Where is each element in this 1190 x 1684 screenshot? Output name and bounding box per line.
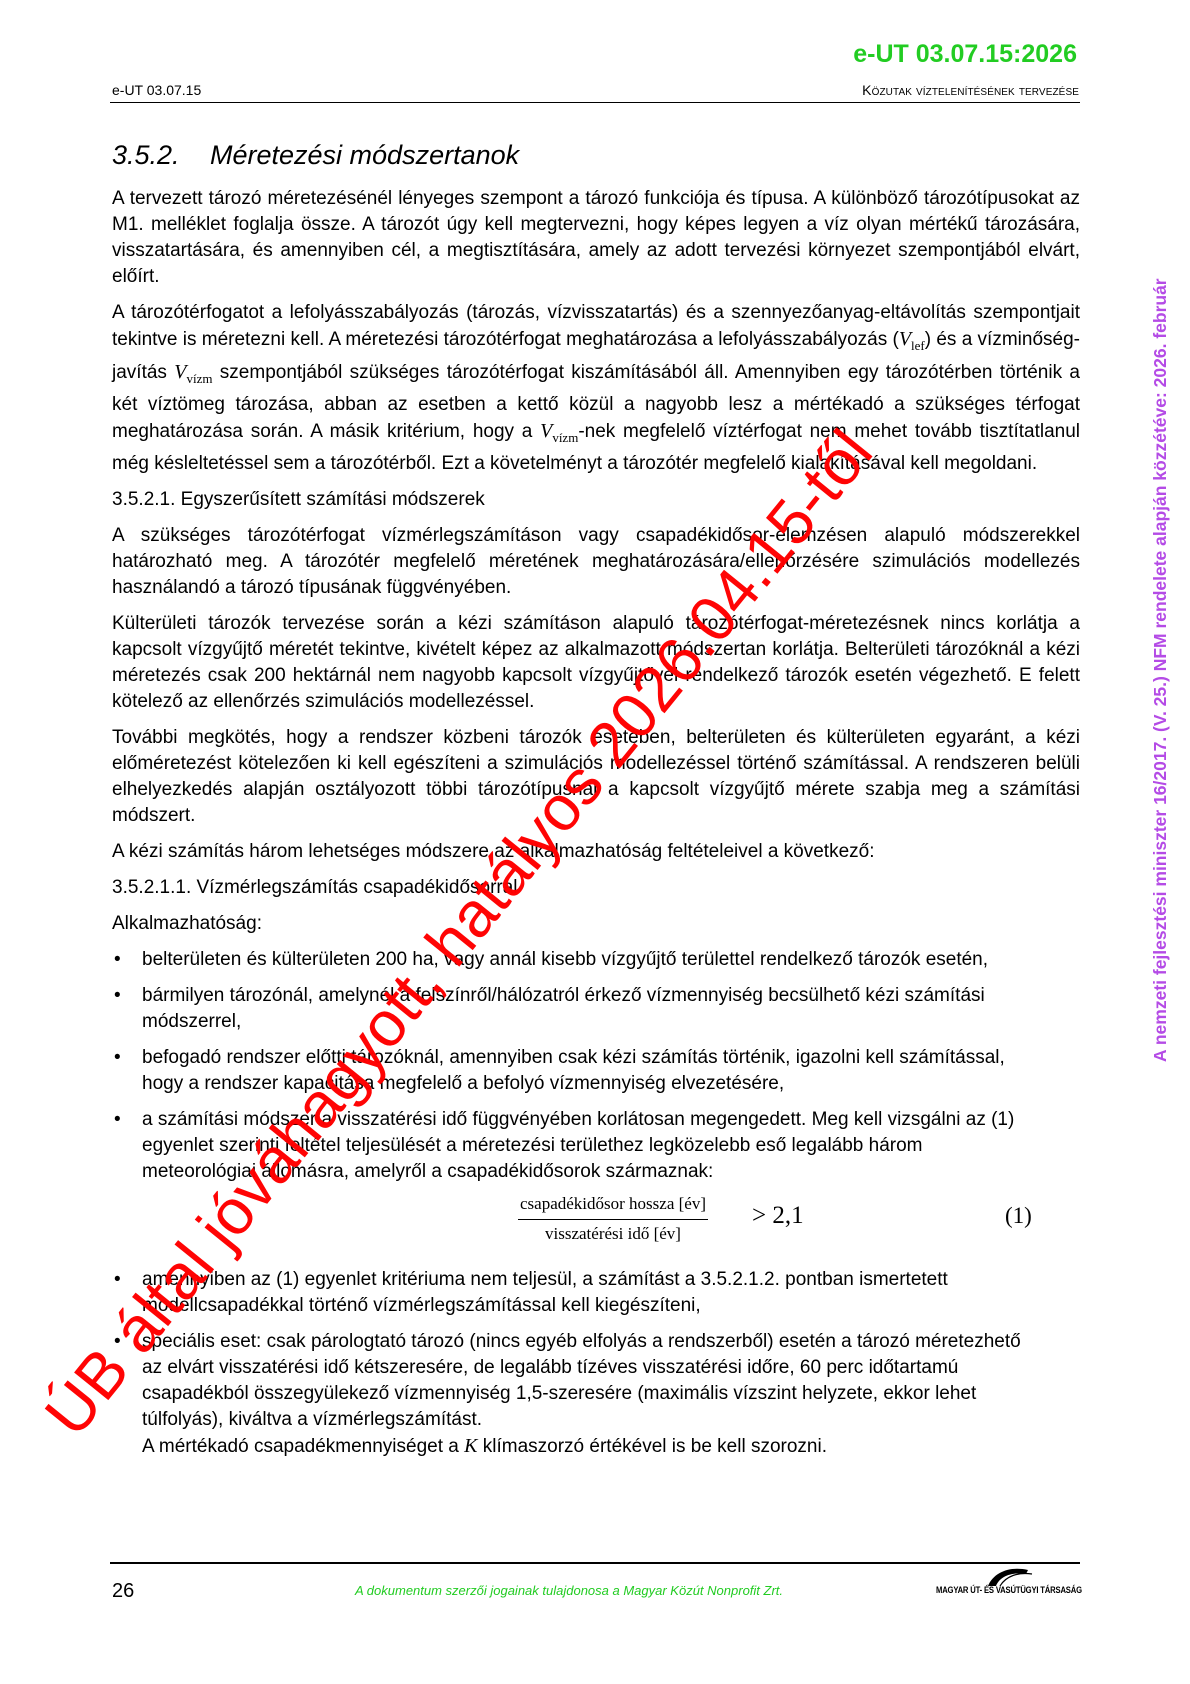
paragraph: A szükséges tározótérfogat vízmérlegszám… <box>112 523 1080 601</box>
equation-denominator: visszatérési idő [év] <box>518 1220 708 1247</box>
copyright-notice: A dokumentum szerzői jogainak tulajdonos… <box>355 1583 783 1598</box>
list-item: •bármilyen tározónál, amelynél a felszín… <box>112 983 1022 1035</box>
paragraph: A kézi számítás három lehetséges módszer… <box>112 839 1080 865</box>
logo-text: MAGYAR ÚT- ÉS VASÚTÜGYI TÁRSASÁG <box>936 1585 1082 1595</box>
variable-v-vizm: Vvízm <box>540 420 578 442</box>
equation-number: (1) <box>1005 1203 1032 1229</box>
list-item: •amennyiben az (1) egyenlet kritériuma n… <box>112 1267 1022 1319</box>
paragraph: A tervezett tározó méretezésénél lényege… <box>112 186 1080 290</box>
document-code-badge: e-UT 03.07.15:2026 <box>853 40 1077 69</box>
bullet-icon: • <box>114 1107 121 1133</box>
paragraph: Külterületi tározók tervezése során a ké… <box>112 611 1080 715</box>
variable-k: K <box>464 1435 477 1457</box>
equation-fraction: csapadékidősor hossza [év] visszatérési … <box>518 1191 708 1247</box>
running-header-code: e-UT 03.07.15 <box>112 82 201 98</box>
paragraph: További megkötés, hogy a rendszer közben… <box>112 725 1080 829</box>
bullet-icon: • <box>114 983 121 1009</box>
publication-note: A nemzeti fejlesztési miniszter 16/2017.… <box>1150 278 1171 1062</box>
applicability-list-continued: •amennyiben az (1) egyenlet kritériuma n… <box>112 1267 1080 1460</box>
list-item: •speciális eset: csak párologtató tározó… <box>112 1329 1022 1460</box>
variable-v-lef: Vlef <box>899 328 925 350</box>
section-heading: 3.5.2.Méretezési módszertanok <box>112 140 519 171</box>
variable-v-vizm: Vvízm <box>174 361 212 383</box>
equation-relation: > 2,1 <box>752 1203 804 1229</box>
footer-divider <box>110 1562 1080 1564</box>
subsection-heading: 3.5.2.1. Egyszerűsített számítási módsze… <box>112 487 1080 513</box>
publisher-logo: MAGYAR ÚT- ÉS VASÚTÜGYI TÁRSASÁG <box>936 1566 1086 1606</box>
bullet-icon: • <box>114 947 121 973</box>
bullet-icon: • <box>114 1045 121 1071</box>
applicability-list: •belterületen és külterületen 200 ha, va… <box>112 947 1080 1185</box>
list-item: •befogadó rendszer előtti tározóknál, am… <box>112 1045 1022 1097</box>
list-item: •a számítási módszer a visszatérési idő … <box>112 1107 1022 1185</box>
section-number: 3.5.2. <box>112 140 210 171</box>
bullet-icon: • <box>114 1329 121 1355</box>
subsubsection-heading: 3.5.2.1.1. Vízmérlegszámítás csapadékidő… <box>112 875 1080 901</box>
page-body: A tervezett tározó méretezésénél lényege… <box>112 186 1080 1470</box>
equation-numerator: csapadékidősor hossza [év] <box>518 1191 708 1220</box>
applicability-label: Alkalmazhatóság: <box>112 911 1080 937</box>
bullet-icon: • <box>114 1267 121 1293</box>
section-title: Méretezési módszertanok <box>210 140 519 170</box>
running-header-title: Közutak víztelenítésének tervezése <box>862 82 1079 98</box>
header-divider <box>110 102 1080 103</box>
paragraph-volume: A tározótérfogatot a lefolyásszabályozás… <box>112 300 1080 477</box>
page-number: 26 <box>112 1580 134 1603</box>
equation-1: csapadékidősor hossza [év] visszatérési … <box>112 1191 1080 1249</box>
list-item: •belterületen és külterületen 200 ha, va… <box>112 947 1022 973</box>
